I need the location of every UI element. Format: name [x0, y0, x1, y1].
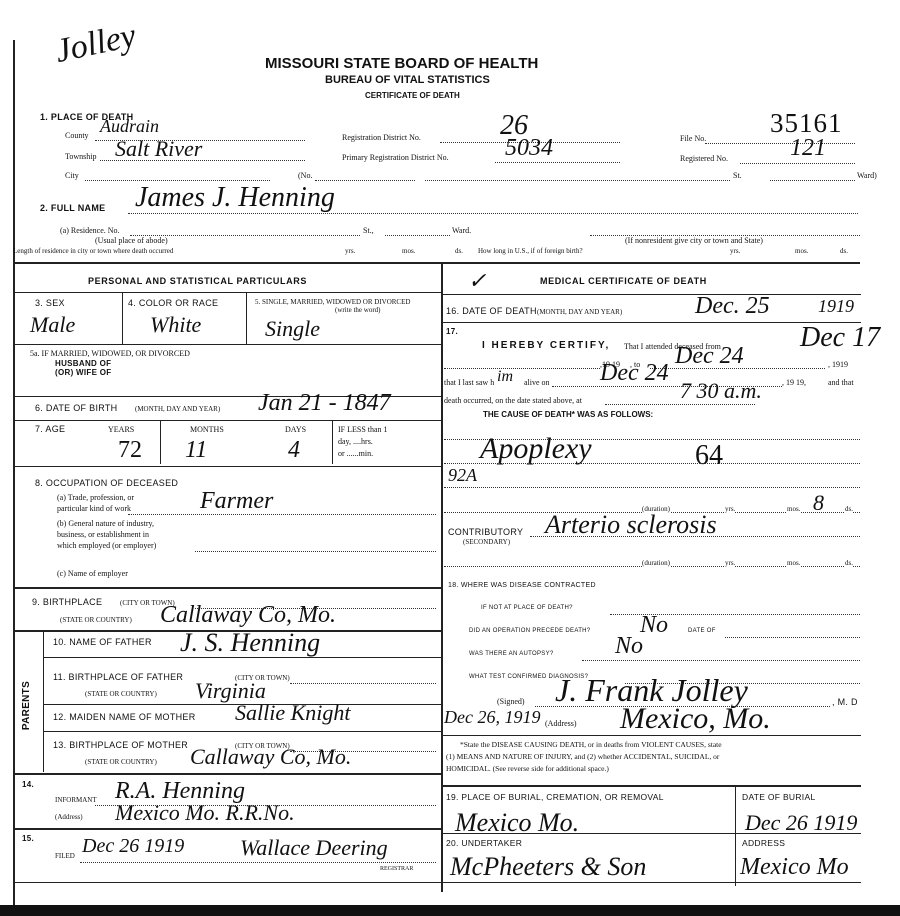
- dod-label: 16. DATE OF DEATH: [446, 306, 537, 316]
- duration-ds-1: ds.: [845, 505, 853, 513]
- sex-value[interactable]: Male: [30, 312, 75, 338]
- occ-b-label-2: business, or establishment in: [57, 530, 149, 539]
- township-label: Township: [65, 152, 96, 161]
- mother-state-label: (STATE OR COUNTRY): [85, 758, 157, 766]
- md-label: , M. D: [832, 697, 858, 707]
- date-of-line: [725, 627, 860, 638]
- informant-label: INFORMANT: [55, 796, 97, 804]
- footnote-3: HOMICIDAL. (See reverse side for additio…: [446, 764, 609, 773]
- medical-title: MEDICAL CERTIFICATE OF DEATH: [540, 276, 707, 286]
- where-contracted-label: 18. WHERE WAS DISEASE CONTRACTED: [448, 582, 596, 589]
- mother-name-rule: [43, 731, 441, 732]
- duration-ds-2: ds.: [845, 559, 853, 567]
- filed-rule: [13, 882, 441, 883]
- medical-check-mark: ✓: [468, 268, 486, 294]
- dod-rule: [441, 322, 861, 323]
- sex-row-rule: [13, 344, 441, 345]
- autopsy-label: WAS THERE AN AUTOPSY?: [469, 651, 554, 657]
- undertaker-value[interactable]: McPheeters & Son: [450, 852, 646, 882]
- contributory-value[interactable]: Arterio sclerosis: [545, 510, 717, 540]
- contributory-sub: (SECONDARY): [463, 538, 510, 546]
- if-not-label: IF NOT AT PLACE OF DEATH?: [481, 605, 573, 611]
- mother-birth-label: 13. BIRTHPLACE OF MOTHER: [53, 740, 188, 750]
- registrar-value[interactable]: Wallace Deering: [240, 835, 388, 861]
- spouse-label-2: HUSBAND OF: [55, 359, 111, 368]
- physician-address-label: (Address): [545, 719, 577, 728]
- nonresident-line: [590, 225, 860, 236]
- burial-label: 19. PLACE OF BURIAL, CREMATION, OR REMOV…: [446, 792, 664, 802]
- file-no-label: File No.: [680, 134, 706, 143]
- to-year: , 1919: [828, 360, 848, 369]
- last-saw-year: , 19 19,: [782, 378, 806, 387]
- residence-label: (a) Residence. No.: [60, 226, 120, 235]
- city-st-label: St.: [733, 171, 742, 180]
- occupation-label: 8. OCCUPATION OF DECEASED: [35, 478, 178, 488]
- length-of-residence-label: Length of residence in city or town wher…: [13, 247, 173, 255]
- burial-rule: [441, 833, 861, 834]
- residence-ward-line: [385, 225, 450, 236]
- length-mos: mos.: [402, 247, 415, 255]
- bureau-title: BUREAU OF VITAL STATISTICS: [325, 74, 490, 86]
- undertaker-address-label: ADDRESS: [742, 838, 785, 848]
- alive-on-label: alive on: [524, 378, 550, 387]
- personal-title-rule: [13, 292, 441, 293]
- color-label: 4. COLOR OR RACE: [128, 298, 218, 308]
- dod-value[interactable]: Dec. 25: [695, 293, 770, 320]
- birthplace-state-label: (STATE OR COUNTRY): [60, 616, 132, 624]
- dob-row-rule: [13, 420, 441, 421]
- date-of-label: DATE OF: [688, 628, 716, 634]
- residence-line: [130, 225, 360, 236]
- spouse-label-3: (OR) WIFE OF: [55, 368, 111, 377]
- occupation-row-rule: [13, 587, 441, 589]
- dob-value[interactable]: Jan 21 - 1847: [258, 390, 391, 417]
- sex-divider: [122, 292, 123, 344]
- medical-title-rule: [441, 294, 861, 295]
- occ-a-value[interactable]: Farmer: [200, 488, 273, 515]
- dod-sub: (MONTH, DAY AND YEAR): [537, 308, 622, 316]
- duration-mos-2: mos.: [787, 559, 800, 567]
- age-label: 7. AGE: [35, 424, 65, 434]
- months-label: MONTHS: [190, 425, 224, 434]
- residence-ward-label: Ward.: [452, 226, 471, 235]
- father-birth-line: [290, 673, 436, 684]
- dod-year[interactable]: 1919: [818, 296, 854, 317]
- duration-days-value[interactable]: 8: [813, 490, 824, 516]
- parents-bottom-rule: [13, 773, 441, 775]
- last-saw-label: that I last saw h: [444, 378, 494, 387]
- occ-a-label-1: (a) Trade, profession, or: [57, 493, 134, 502]
- marital-sub: (write the word): [335, 306, 380, 314]
- parents-divider: [43, 630, 44, 772]
- cause-line-2: [444, 453, 860, 464]
- days-label: DAYS: [285, 425, 306, 434]
- center-divider: [441, 262, 443, 892]
- occurred-value[interactable]: 7 30 a.m.: [680, 378, 762, 404]
- left-border: [13, 40, 15, 912]
- how-long-label: How long in U.S., if of foreign birth?: [478, 247, 583, 255]
- days-divider: [332, 420, 333, 464]
- attended-from[interactable]: Dec 17: [800, 322, 880, 354]
- duration-yrs-1: yrs.: [725, 505, 735, 513]
- county-value[interactable]: Audrain: [100, 116, 159, 137]
- attended-to[interactable]: Dec 24: [675, 343, 744, 370]
- city-label: City: [65, 171, 79, 180]
- father-name-rule: [43, 657, 441, 658]
- city-line: [85, 170, 270, 181]
- spouse-label-1: 5a. IF MARRIED, WIDOWED, OR DIVORCED: [30, 349, 190, 358]
- cause-label: THE CAUSE OF DEATH* WAS AS FOLLOWS:: [483, 410, 653, 419]
- full-name-label: 2. FULL NAME: [40, 203, 105, 213]
- occ-b-label-1: (b) General nature of industry,: [57, 519, 154, 528]
- color-divider: [246, 292, 247, 344]
- sex-label: 3. SEX: [35, 298, 65, 308]
- father-name-value[interactable]: J. S. Henning: [180, 628, 320, 658]
- city-no-line: [315, 170, 415, 181]
- undertaker-address-value[interactable]: Mexico Mo: [740, 854, 849, 881]
- occ-b-label-3: which employed (or employer): [57, 541, 156, 550]
- dob-label: 6. DATE OF BIRTH: [35, 403, 117, 413]
- last-saw-value[interactable]: Dec 24: [600, 360, 669, 387]
- full-name-value[interactable]: James J. Henning: [135, 182, 335, 214]
- color-value[interactable]: White: [150, 312, 201, 338]
- signed-rule: [441, 735, 861, 736]
- footnote-2: (1) MEANS AND NATURE OF INJURY, and (2) …: [446, 752, 719, 761]
- burial-divider: [735, 786, 736, 886]
- nonresident-note: (If nonresident give city or town and St…: [625, 236, 763, 245]
- registered-no-label: Registered No.: [680, 154, 728, 163]
- corner-signature: Jolley: [52, 17, 139, 71]
- reg-district-label: Registration District No.: [342, 133, 421, 142]
- less-label-3: or ......min.: [338, 449, 373, 458]
- father-birth-label: 11. BIRTHPLACE OF FATHER: [53, 672, 183, 682]
- ward-label: Ward): [857, 171, 877, 180]
- occ-c-label: (c) Name of employer: [57, 569, 128, 578]
- years-divider: [160, 420, 161, 464]
- marital-label: 5. SINGLE, MARRIED, WIDOWED OR DIVORCED: [255, 298, 435, 306]
- father-state-label: (STATE OR COUNTRY): [85, 690, 157, 698]
- county-label: County: [65, 131, 89, 140]
- parents-label: PARENTS: [21, 681, 32, 730]
- months-value[interactable]: 11: [185, 437, 207, 464]
- undertaker-rule: [441, 882, 861, 883]
- burial-date-label: DATE OF BURIAL: [742, 792, 815, 802]
- length-ds: ds.: [455, 247, 463, 255]
- signed-label: (Signed): [497, 697, 525, 706]
- operation-label: DID AN OPERATION PRECEDE DEATH?: [469, 628, 590, 634]
- primary-reg-label: Primary Registration District No.: [342, 153, 449, 162]
- mother-birth-value[interactable]: Callaway Co, Mo.: [190, 744, 351, 770]
- less-label-2: day, ....hrs.: [338, 437, 373, 446]
- bottom-bar: [0, 905, 900, 916]
- cert-no: 17.: [446, 327, 458, 336]
- cause-line-3: [444, 477, 860, 488]
- how-long-mos: mos.: [795, 247, 808, 255]
- residence-sub: (Usual place of abode): [95, 236, 168, 245]
- informant-address-value[interactable]: Mexico Mo. R.R.No.: [115, 800, 295, 826]
- occ-a-line: [128, 504, 436, 515]
- registrar-label: REGISTRAR: [380, 866, 413, 872]
- birthplace-label: 9. BIRTHPLACE: [32, 597, 102, 607]
- occ-a-label-2: particular kind of work: [57, 504, 131, 513]
- residence-st-label: St.,: [363, 226, 374, 235]
- registered-no-value[interactable]: 121: [790, 135, 826, 162]
- city-no-label: (No.: [298, 171, 312, 180]
- father-name-label: 10. NAME OF FATHER: [53, 637, 152, 647]
- autopsy-value[interactable]: No: [615, 633, 643, 660]
- township-value[interactable]: Salt River: [115, 136, 202, 162]
- less-label-1: IF LESS than 1: [338, 425, 388, 434]
- occ-b-line: [195, 541, 436, 552]
- duration-label-2: (duration): [642, 559, 670, 567]
- board-title: MISSOURI STATE BOARD OF HEALTH: [265, 55, 538, 72]
- section-divider-top: [13, 262, 860, 264]
- filed-value[interactable]: Dec 26 1919: [82, 835, 184, 858]
- personal-title: PERSONAL AND STATISTICAL PARTICULARS: [88, 276, 307, 286]
- birthplace-value[interactable]: Callaway Co, Mo.: [160, 602, 336, 629]
- city-st-line: [425, 170, 730, 181]
- informant-rule: [13, 828, 441, 830]
- informant-address-label: (Address): [55, 813, 83, 821]
- informant-no: 14.: [22, 780, 34, 789]
- primary-reg-value[interactable]: 5034: [505, 135, 553, 162]
- ward-line: [770, 170, 855, 181]
- operation-value[interactable]: No: [640, 612, 668, 639]
- filed-label: FILED: [55, 852, 75, 860]
- how-long-yrs: yrs.: [730, 247, 740, 255]
- duration-yrs-2: yrs.: [725, 559, 735, 567]
- days-value[interactable]: 4: [288, 437, 300, 464]
- duration-mos-1: mos.: [787, 505, 800, 513]
- marital-value[interactable]: Single: [265, 316, 320, 342]
- age-row-rule: [13, 466, 441, 467]
- last-saw-him[interactable]: im: [497, 368, 513, 386]
- mother-name-label: 12. MAIDEN NAME OF MOTHER: [53, 712, 196, 722]
- dob-sub: (MONTH, DAY AND YEAR): [135, 405, 220, 413]
- and-that: and that: [828, 378, 854, 387]
- from-line: [444, 358, 600, 369]
- years-label: YEARS: [108, 425, 134, 434]
- length-yrs: yrs.: [345, 247, 355, 255]
- hereby-certify: I HEREBY CERTIFY,: [482, 340, 610, 351]
- footnote-rule: [441, 785, 861, 787]
- occurred-label: death occurred, on the date stated above…: [444, 396, 582, 405]
- footnote-1: *State the DISEASE CAUSING DEATH, or in …: [460, 740, 722, 749]
- signed-date[interactable]: Dec 26, 1919: [444, 707, 540, 728]
- undertaker-label: 20. UNDERTAKER: [446, 838, 522, 848]
- contributory-label: CONTRIBUTORY: [448, 527, 523, 537]
- filed-no: 15.: [22, 834, 34, 843]
- how-long-ds: ds.: [840, 247, 848, 255]
- physician-address-value[interactable]: Mexico, Mo.: [620, 702, 771, 736]
- certificate-title: CERTIFICATE OF DEATH: [365, 91, 460, 100]
- mother-name-value[interactable]: Sallie Knight: [235, 700, 351, 726]
- years-value[interactable]: 72: [118, 437, 142, 464]
